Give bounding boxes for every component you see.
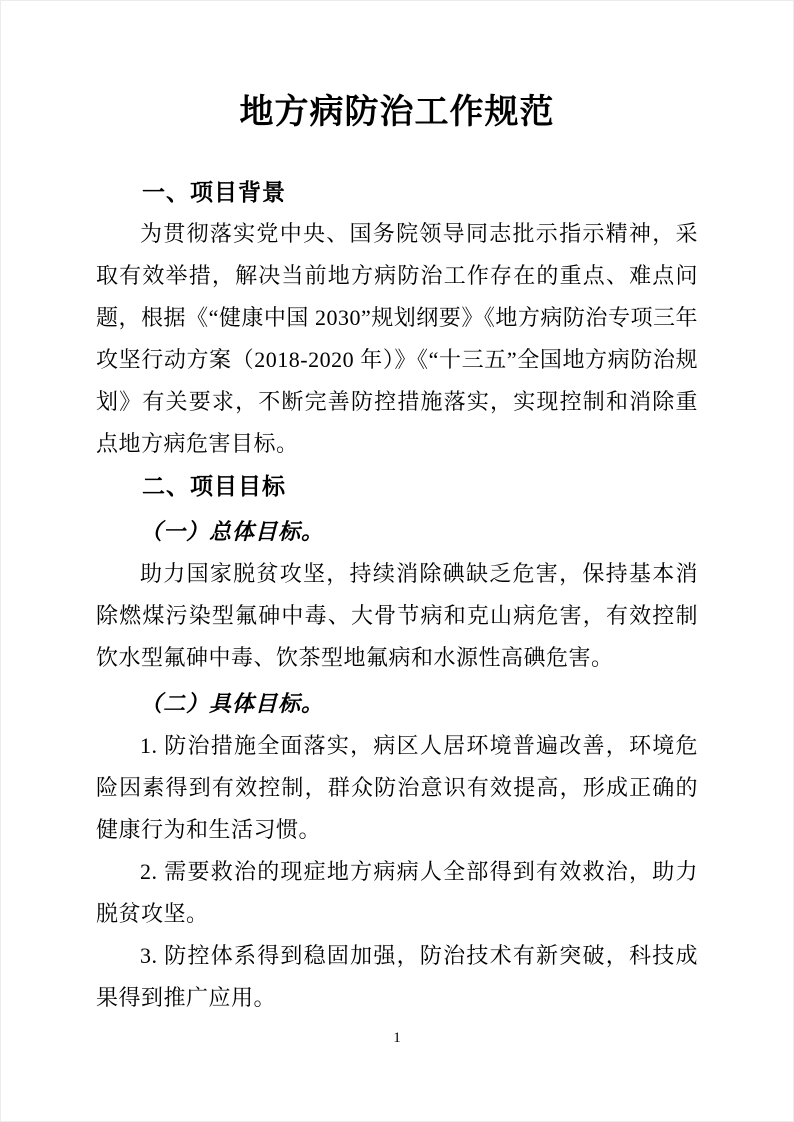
specific-goal-item-1: 1. 防治措施全面落实，病区人居环境普遍改善，环境危险因素得到有效控制，群众防治… [96,725,698,851]
document-page: 地方病防治工作规范 一、项目背景 为贯彻落实党中央、国务院领导同志批示指示精神，… [0,0,794,1122]
document-title: 地方病防治工作规范 [96,89,698,137]
subsection-overall-goal-heading: （一）总体目标。 [96,511,698,553]
page-number: 1 [1,1029,793,1047]
overall-goal-paragraph: 助力国家脱贫攻坚，持续消除碘缺乏危害，保持基本消除燃煤污染型氟砷中毒、大骨节病和… [96,553,698,679]
subsection-specific-goal-heading: （二）具体目标。 [96,683,698,725]
section-2-heading: 二、项目目标 [96,465,698,507]
section-1-paragraph: 为贯彻落实党中央、国务院领导同志批示指示精神，采取有效举措，解决当前地方病防治工… [96,213,698,465]
specific-goal-item-3: 3. 防控体系得到稳固加强，防治技术有新突破，科技成果得到推广应用。 [96,935,698,1019]
section-1-heading: 一、项目背景 [96,171,698,213]
specific-goal-item-2: 2. 需要救治的现症地方病病人全部得到有效救治，助力脱贫攻坚。 [96,851,698,935]
